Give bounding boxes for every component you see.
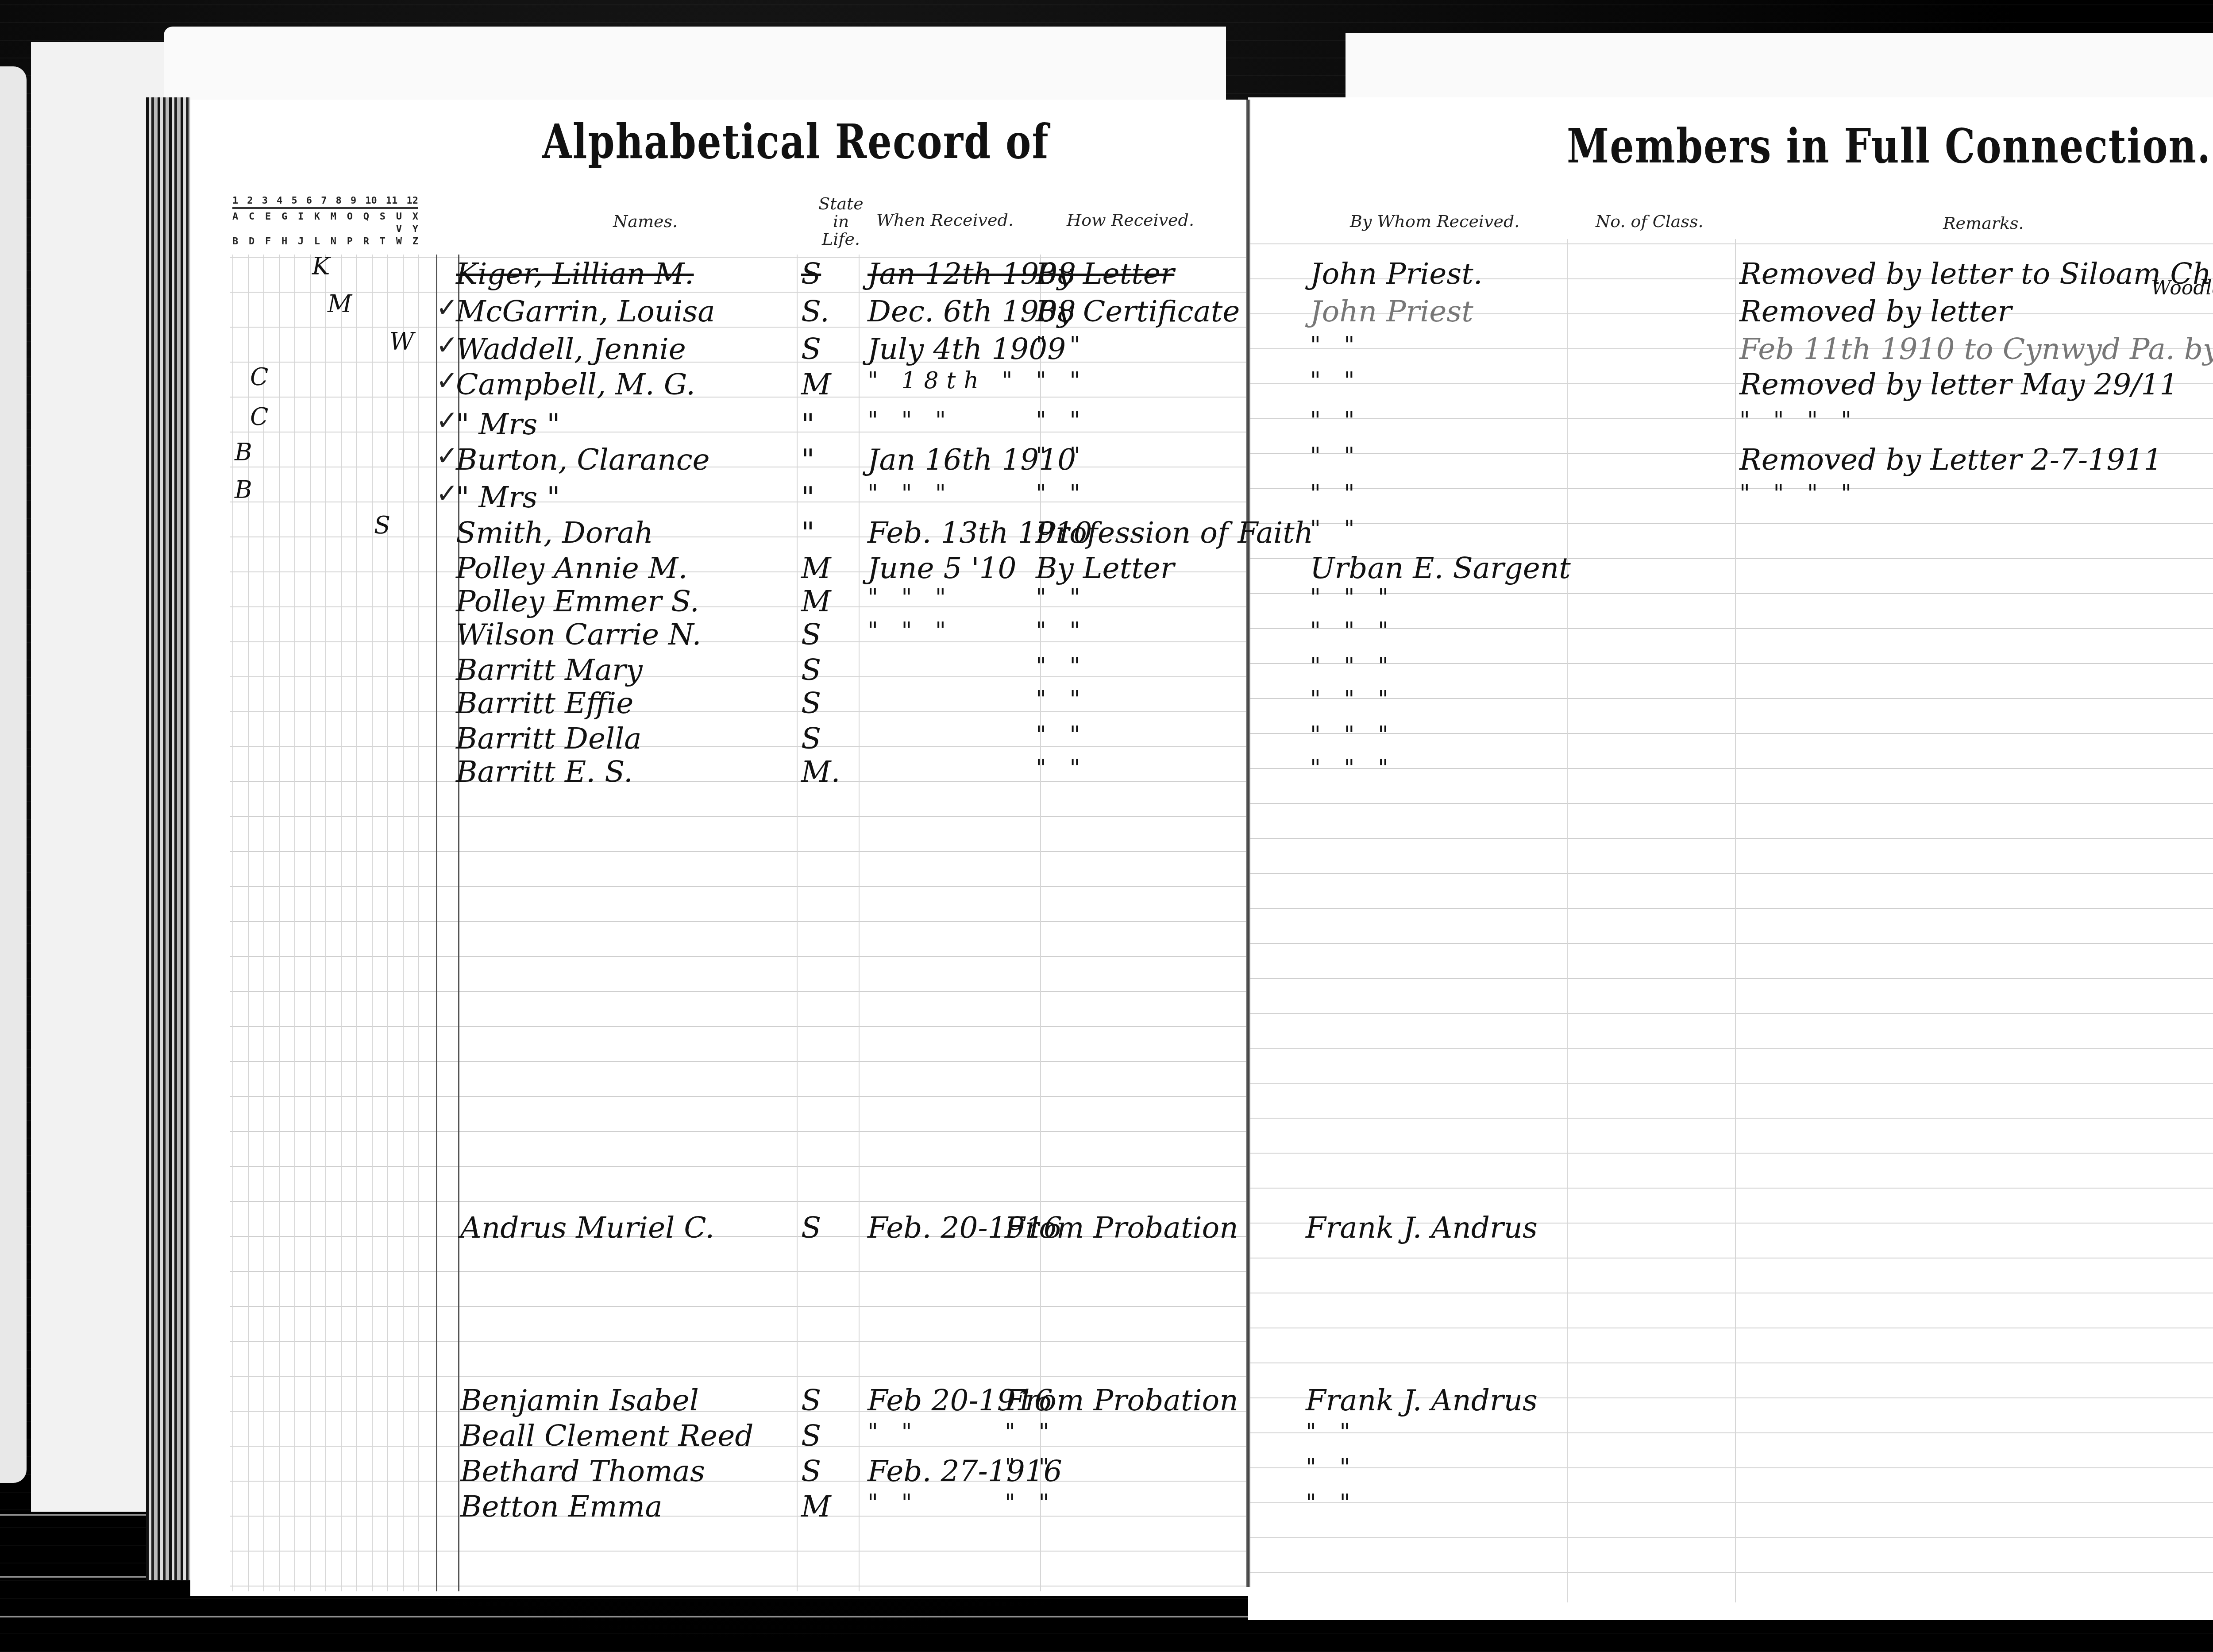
ruled-line (418, 255, 419, 1591)
index-key-letter: S (380, 211, 386, 223)
index-key-row-mid: VY (232, 223, 418, 235)
index-key-letter: P (347, 235, 353, 248)
state-in-life: S (801, 618, 821, 652)
received-by: " " (1310, 407, 1362, 434)
remarks: " " " " (1739, 480, 1859, 507)
ruled-line (230, 606, 1248, 607)
ruled-line (1248, 1432, 2213, 1433)
index-key-letter (249, 223, 254, 235)
index-letter: B (235, 476, 252, 504)
member-name: Barritt Mary (456, 653, 643, 687)
received-by: John Priest. (1310, 257, 1483, 291)
date-received: June 5 '10 (867, 551, 1017, 585)
index-letter: B (235, 438, 252, 466)
state-in-life: S (801, 257, 821, 291)
how-received: " " (1036, 367, 1088, 394)
index-key-number: 6 (306, 195, 312, 207)
ruled-line (230, 711, 1248, 712)
state-in-life: S (801, 1454, 821, 1488)
checkmark-icon: ✓ (436, 292, 458, 323)
member-name: Polley Emmer S. (456, 584, 699, 618)
how-received: " " (1036, 722, 1088, 748)
index-key-letter: U (396, 211, 402, 223)
member-name: Barritt Della (456, 722, 642, 756)
member-name: Smith, Dorah (456, 516, 653, 550)
how-received: By Letter (1036, 551, 1174, 585)
index-key-letter (281, 223, 287, 235)
date-received: " " " (867, 407, 954, 434)
ruled-line (1248, 523, 2213, 524)
remarks-continued: Woodland Ave. (2151, 277, 2213, 299)
how-received: " " (1036, 332, 1088, 359)
ruled-line (1248, 838, 2213, 839)
ruled-line (230, 851, 1248, 852)
how-received: Profession of Faith (1036, 516, 1313, 550)
state-in-life: " (801, 443, 814, 477)
checkmark-icon: ✓ (436, 330, 458, 361)
ruled-line (356, 255, 357, 1591)
member-name: Kiger, Lillian M. (456, 257, 694, 291)
index-key-letter: J (298, 235, 304, 248)
page-edges-left (146, 97, 190, 1580)
ruled-line (230, 886, 1248, 887)
index-key-letter (314, 223, 320, 235)
date-received: " " (867, 1419, 920, 1445)
ruled-line (1248, 1188, 2213, 1189)
member-name: Barritt Effie (456, 686, 633, 720)
ruled-line (230, 1061, 1248, 1062)
ruled-line (1248, 1537, 2213, 1538)
checkmark-icon: ✓ (436, 478, 458, 509)
state-in-life: M (801, 584, 831, 618)
column-header-by-whom-received: By Whom Received. (1350, 212, 1519, 231)
ruled-line (230, 1341, 1248, 1342)
how-received: " " (1005, 1454, 1057, 1481)
book-gutter (1246, 100, 1250, 1587)
book-cover-left-outer (0, 66, 27, 1483)
date-received: " " " (867, 584, 954, 611)
index-key-letter (331, 223, 336, 235)
received-by: " " (1310, 443, 1362, 469)
index-key-letter (298, 223, 304, 235)
column-header-state-line2: in Life. (812, 212, 870, 248)
checkmark-icon: ✓ (436, 440, 458, 471)
index-key-letter (363, 223, 369, 235)
state-in-life: S. (801, 294, 829, 328)
ruled-line (1248, 1013, 2213, 1014)
ruled-line (387, 255, 388, 1591)
state-in-life: M. (801, 755, 840, 789)
ruled-line (859, 255, 860, 1591)
member-name: Wilson Carrie N. (456, 618, 702, 652)
index-key-numbers: 123456789101112 (232, 195, 418, 209)
ruled-line (230, 921, 1248, 922)
state-in-life: S (801, 653, 821, 687)
index-key-number: 5 (291, 195, 297, 207)
remarks: Removed by letter (1739, 294, 2012, 328)
index-key-letter: L (314, 235, 320, 248)
received-by: " " " (1310, 686, 1396, 713)
ruled-line (341, 255, 342, 1591)
received-by: " " " (1310, 755, 1396, 781)
ruled-line (1248, 1328, 2213, 1328)
ruled-line (230, 292, 1248, 293)
ruled-line (230, 1026, 1248, 1027)
ruled-line (1248, 1293, 2213, 1293)
index-key-number: 1 (232, 195, 238, 207)
ruled-line (263, 255, 264, 1591)
column-header-class-number: No. of Class. (1596, 212, 1704, 231)
index-key-letter: X (413, 211, 418, 223)
date-received: " " " (867, 618, 954, 644)
alphabet-index-key: 123456789101112 ACEGIKMOQSUX VY BDFHJLNP… (232, 195, 418, 248)
ruled-line (1248, 1048, 2213, 1049)
received-by: " " (1306, 1419, 1358, 1445)
how-received: " " (1036, 618, 1088, 644)
received-by: " " (1306, 1454, 1358, 1481)
how-received: " " (1036, 480, 1088, 507)
date-received: " 18th " (867, 367, 1020, 394)
ruled-line (230, 1586, 1248, 1586)
ruled-line (230, 1516, 1248, 1517)
ruled-line (1248, 908, 2213, 909)
column-header-names: Names. (613, 212, 678, 231)
index-key-letter: T (380, 235, 386, 248)
index-key-letter (380, 223, 386, 235)
received-by: " " (1310, 480, 1362, 507)
member-name: Bethard Thomas (460, 1454, 705, 1488)
received-by: " " (1310, 516, 1362, 542)
index-key-number: 2 (247, 195, 253, 207)
ruled-line (230, 1481, 1248, 1482)
ruled-line (1248, 488, 2213, 489)
member-name: Beall Clement Reed (460, 1419, 753, 1453)
ruled-line (1248, 243, 2213, 244)
index-key-letter: H (281, 235, 287, 248)
received-by: " " " (1310, 618, 1396, 644)
received-by: " " (1310, 367, 1362, 394)
ruled-line (230, 502, 1248, 502)
member-name: Andrus Muriel C. (460, 1211, 714, 1245)
column-header-state: State in Life. (812, 195, 870, 248)
index-key-letter: V (396, 223, 402, 235)
ruled-line (310, 255, 311, 1591)
date-received: " " (867, 1490, 920, 1516)
ruled-line (230, 432, 1248, 432)
received-by: " " (1306, 1490, 1358, 1516)
left-page-title: Alphabetical Record of (542, 114, 1049, 170)
index-key-letter: D (249, 235, 254, 248)
index-key-number: 3 (262, 195, 268, 207)
member-name: Burton, Clarance (456, 443, 710, 477)
ruled-line (1248, 1572, 2213, 1573)
index-key-letter: M (331, 211, 336, 223)
ruled-line (230, 1096, 1248, 1097)
ruled-line (372, 255, 373, 1591)
ruled-line (1248, 943, 2213, 944)
received-by: John Priest (1310, 294, 1473, 328)
ruled-line (294, 255, 295, 1591)
member-name: Polley Annie M. (456, 551, 687, 585)
how-received: " " (1036, 755, 1088, 781)
index-key-letter: B (232, 235, 238, 248)
index-key-letter: Y (413, 223, 418, 235)
index-key-number: 11 (386, 195, 398, 207)
column-header-state-line1: State (812, 195, 870, 212)
index-key-letter: C (249, 211, 254, 223)
state-in-life: S (801, 1211, 821, 1245)
how-received: " " (1036, 686, 1088, 713)
index-key-letter: N (331, 235, 336, 248)
received-by: " " " (1310, 722, 1396, 748)
ruled-line (1248, 978, 2213, 979)
state-in-life: " (801, 407, 814, 441)
index-key-letter: O (347, 211, 353, 223)
remarks: Removed by letter to Siloam Church (1739, 257, 2213, 291)
ruled-line (1248, 1153, 2213, 1154)
index-key-letter: W (396, 235, 402, 248)
received-by: Frank J. Andrus (1306, 1383, 1538, 1417)
ruled-line (230, 1201, 1248, 1202)
how-received: By Letter (1036, 257, 1174, 291)
member-name: " Mrs " (456, 407, 560, 441)
state-in-life: M (801, 367, 831, 401)
ruled-line (230, 397, 1248, 398)
ruled-line (230, 1551, 1248, 1552)
index-key-letter (347, 223, 353, 235)
member-name: " Mrs " (456, 480, 560, 514)
state-in-life: " (801, 516, 814, 550)
index-key-number: 4 (277, 195, 282, 207)
index-key-number: 9 (351, 195, 356, 207)
index-key-letter: R (363, 235, 369, 248)
how-received: " " (1036, 443, 1088, 469)
received-by: Frank J. Andrus (1306, 1211, 1538, 1245)
ruled-line (230, 1376, 1248, 1377)
checkmark-icon: ✓ (436, 405, 458, 436)
ruled-line (1248, 418, 2213, 419)
remarks: Feb 11th 1910 to Cynwyd Pa. by Cer. (1739, 332, 2213, 366)
ruled-line (230, 1166, 1248, 1167)
index-key-row-bottom: BDFHJLNPRTWZ (232, 235, 418, 248)
state-in-life: S (801, 1383, 821, 1417)
member-name: Betton Emma (460, 1490, 663, 1524)
remarks: " " " " (1739, 407, 1859, 434)
received-by: " " (1310, 332, 1362, 359)
column-header-when-received: When Received. (876, 210, 1014, 230)
member-name: Benjamin Isabel (460, 1383, 699, 1417)
index-letter: S (374, 511, 390, 539)
state-in-life: S (801, 722, 821, 756)
index-key-letter (232, 223, 238, 235)
index-key-letter: F (265, 235, 271, 248)
ruled-line (1248, 1363, 2213, 1363)
ruled-line (1248, 1502, 2213, 1503)
ruled-line (403, 255, 404, 1591)
ruled-line (279, 255, 280, 1591)
date-received: " " " (867, 480, 954, 507)
received-by: " " " (1310, 653, 1396, 679)
ruled-line (230, 746, 1248, 747)
ruled-line (230, 991, 1248, 992)
index-key-letter: G (281, 211, 287, 223)
state-in-life: S (801, 1419, 821, 1453)
ruled-line (1248, 803, 2213, 804)
right-page-title: Members in Full Connection. (1567, 118, 2211, 174)
ruled-line (325, 255, 326, 1591)
index-key-number: 7 (321, 195, 327, 207)
ruled-line (230, 1306, 1248, 1307)
ruled-line (1735, 239, 1736, 1602)
state-in-life: M (801, 551, 831, 585)
how-received: " " (1005, 1419, 1057, 1445)
index-letter: M (328, 290, 352, 318)
index-key-letter: I (298, 211, 304, 223)
ruled-line (230, 641, 1248, 642)
index-key-number: 8 (336, 195, 342, 207)
ruled-line (230, 1271, 1248, 1272)
ruled-line (1248, 1083, 2213, 1084)
how-received: From Probation (1005, 1383, 1238, 1417)
index-key-letter: E (265, 211, 271, 223)
book-top-edge-right (1346, 33, 2213, 104)
ruled-line (230, 816, 1248, 817)
ruled-line (230, 1131, 1248, 1132)
ruled-line (1567, 239, 1568, 1602)
how-received: " " (1036, 584, 1088, 611)
ruled-line (230, 676, 1248, 677)
how-received: " " (1036, 407, 1088, 434)
ruled-line (797, 255, 798, 1591)
column-header-how-received: How Received. (1067, 210, 1194, 230)
ruled-line (230, 956, 1248, 957)
how-received: By Certificate (1036, 294, 1240, 328)
ruled-line (1248, 1467, 2213, 1468)
remarks: Removed by letter May 29/11 (1739, 367, 2178, 401)
member-name: Waddell, Jennie (456, 332, 686, 366)
received-by: " " " (1310, 584, 1396, 611)
state-in-life: " (801, 480, 814, 514)
index-key-row-top: ACEGIKMOQSUX (232, 211, 418, 223)
member-name: Barritt E. S. (456, 755, 633, 789)
index-letter: C (250, 403, 268, 431)
member-name: McGarrin, Louisa (456, 294, 715, 328)
index-key-letter: Z (413, 235, 418, 248)
index-key-number: 10 (365, 195, 377, 207)
state-in-life: S (801, 686, 821, 720)
member-name: Campbell, M. G. (456, 367, 695, 401)
remarks: Removed by Letter 2-7-1911 (1739, 443, 2162, 477)
ruled-line (1248, 1118, 2213, 1119)
book-top-edge-left (164, 27, 1226, 106)
received-by: Urban E. Sargent (1310, 551, 1571, 585)
index-key-letter (265, 223, 271, 235)
index-letter: W (389, 328, 414, 355)
ruled-line (1248, 1258, 2213, 1258)
how-received: From Probation (1005, 1211, 1238, 1245)
checkmark-icon: ✓ (436, 365, 458, 396)
index-key-letter: K (314, 211, 320, 223)
ruled-line (230, 467, 1248, 467)
index-key-number: 12 (406, 195, 418, 207)
state-in-life: M (801, 1490, 831, 1524)
ruled-line (1248, 873, 2213, 874)
column-header-remarks: Remarks. (1943, 213, 2024, 233)
how-received: " " (1036, 653, 1088, 679)
index-key-letter: A (232, 211, 238, 223)
index-letter: K (312, 252, 330, 280)
how-received: " " (1005, 1490, 1057, 1516)
index-key-letter: Q (363, 211, 369, 223)
ruled-line (230, 781, 1248, 782)
ruled-line (230, 362, 1248, 363)
state-in-life: S (801, 332, 821, 366)
index-letter: C (250, 363, 268, 391)
ruled-line (232, 255, 233, 1591)
